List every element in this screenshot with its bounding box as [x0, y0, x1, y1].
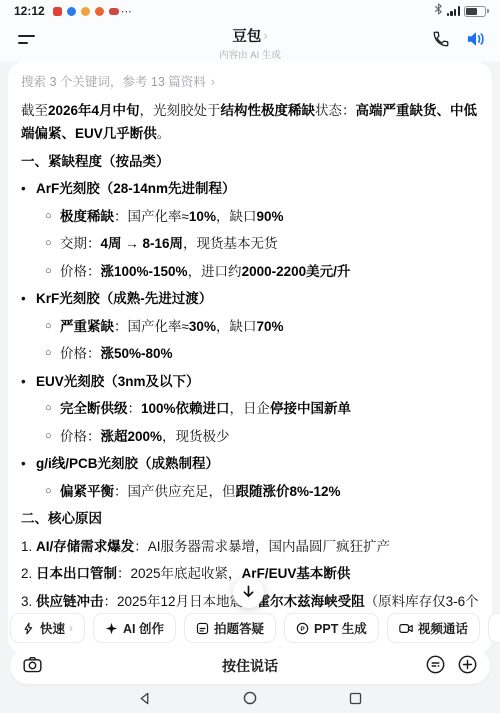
speaker-icon	[466, 30, 486, 51]
notification-red-square-icon	[53, 7, 62, 16]
message-line: ○完全断供级：100%依赖进口，日企停接中国新单	[45, 397, 479, 420]
back-button[interactable]	[138, 692, 151, 708]
message-text: 价格：涨超200%，现货极少	[60, 425, 479, 448]
recents-button[interactable]	[349, 692, 362, 708]
speaker-button[interactable]	[466, 30, 486, 51]
back-icon	[138, 692, 151, 708]
quick-action-chip[interactable]: 快速›	[10, 613, 85, 643]
message-text: 1. AI/存储需求爆发：AI服务器需求暴增，国内晶圆厂疯狂扩产	[21, 535, 479, 558]
recents-icon	[349, 692, 362, 708]
notification-orange-ring-icon	[95, 7, 104, 16]
voice-input-bar[interactable]: 按住说话	[10, 648, 490, 684]
message-line: ○严重紧缺：国产化率≈30%，缺口70%	[45, 315, 479, 338]
search-references-row[interactable]: 搜索 3 个关键词，参考 13 篇资料 ›	[21, 72, 479, 90]
sub-bullet-icon: ○	[45, 232, 60, 255]
message-text: KrF光刻胶（成熟-先进过渡）	[36, 287, 479, 310]
notification-blue-dot-icon	[67, 7, 76, 16]
battery-icon	[464, 6, 486, 17]
message-text: 交期：4周 → 8-16周，现货基本无货	[60, 232, 479, 255]
quick-actions-row: 快速›AI 创作拍题答疑PPPT 生成视频通话帮我写作照片动起来	[10, 613, 500, 644]
message-text: 严重紧缺：国产化率≈30%，缺口70%	[60, 315, 479, 338]
quick-action-chip[interactable]: PPPT 生成	[284, 613, 379, 643]
home-icon	[243, 691, 257, 708]
bullet-icon: •	[21, 177, 36, 200]
app-screen: 12:12 ⋯ 豆包 › 内容由 AI 生成	[0, 0, 500, 713]
arrow-down-icon	[241, 584, 256, 602]
more-notifications-icon: ⋯	[121, 5, 131, 18]
quick-action-label: 视频通话	[418, 619, 468, 637]
quick-action-chip[interactable]: 帮我写作	[488, 613, 500, 643]
home-button[interactable]	[243, 691, 257, 708]
sub-bullet-icon: ○	[45, 425, 60, 448]
assistant-message-bubble: 搜索 3 个关键词，参考 13 篇资料 › 截至2026年4月中旬，光刻胶处于结…	[8, 62, 492, 654]
message-line: •ArF光刻胶（28-14nm先进制程）	[21, 177, 479, 200]
camera-icon	[23, 656, 42, 676]
message-line: •KrF光刻胶（成熟-先进过渡）	[21, 287, 479, 310]
quick-action-chip[interactable]: 拍题答疑	[184, 613, 276, 643]
message-body: 截至2026年4月中旬，光刻胶处于结构性极度稀缺状态：高端严重缺货、中低端偏紧、…	[21, 99, 479, 636]
message-text: 二、核心原因	[21, 507, 479, 530]
voice-keyboard-icon	[426, 655, 445, 677]
clock: 12:12	[14, 4, 45, 18]
notification-icons	[53, 7, 119, 16]
search-summary: 搜索 3 个关键词，参考 13 篇资料	[21, 72, 206, 90]
message-text: 价格：涨100%-150%，进口约2000-2200美元/升	[60, 260, 479, 283]
message-line: 一、紧缺程度（按品类）	[21, 150, 479, 173]
message-line: •g/i线/PCB光刻胶（成熟制程）	[21, 452, 479, 475]
signal-icon	[447, 6, 460, 16]
message-text: 一、紧缺程度（按品类）	[21, 150, 479, 173]
camera-button[interactable]	[23, 656, 42, 676]
phone-icon	[432, 30, 450, 51]
message-line: ○价格：涨100%-150%，进口约2000-2200美元/升	[45, 260, 479, 283]
message-text: 完全断供级：100%依赖进口，日企停接中国新单	[60, 397, 479, 420]
sub-bullet-icon: ○	[45, 342, 60, 365]
status-indicators	[434, 2, 486, 20]
quick-action-chip[interactable]: 视频通话	[387, 613, 480, 643]
notification-amber-icon	[81, 7, 90, 16]
page-title: 豆包	[232, 25, 261, 46]
bullet-icon: •	[21, 452, 36, 475]
ppt-icon: P	[296, 622, 309, 635]
sub-bullet-icon: ○	[45, 205, 60, 228]
message-text: EUV光刻胶（3nm及以下）	[36, 370, 479, 393]
message-text: 偏紧平衡：国产供应充足，但跟随涨价8%-12%	[60, 480, 479, 503]
message-text: 截至2026年4月中旬，光刻胶处于结构性极度稀缺状态：高端严重缺货、中低端偏紧、…	[21, 99, 479, 145]
voice-call-button[interactable]	[432, 30, 450, 51]
notification-red-badge-icon	[109, 8, 119, 15]
message-text: ArF光刻胶（28-14nm先进制程）	[36, 177, 479, 200]
scan-icon	[196, 622, 209, 635]
add-attachment-button[interactable]	[458, 655, 477, 677]
message-line: 截至2026年4月中旬，光刻胶处于结构性极度稀缺状态：高端严重缺货、中低端偏紧、…	[21, 99, 479, 145]
message-line: ○极度稀缺：国产化率≈10%，缺口90%	[45, 205, 479, 228]
chevron-right-icon: ›	[69, 621, 73, 635]
quick-action-label: 拍题答疑	[214, 619, 264, 637]
quick-action-chip[interactable]: AI 创作	[93, 613, 176, 643]
android-nav-bar	[0, 686, 500, 713]
conversation-title-block[interactable]: 豆包 › 内容由 AI 生成	[0, 25, 500, 61]
sub-bullet-icon: ○	[45, 397, 60, 420]
lightning-icon	[22, 622, 35, 635]
sub-bullet-icon: ○	[45, 315, 60, 338]
chevron-right-icon: ›	[263, 28, 267, 43]
svg-text:P: P	[300, 625, 305, 632]
message-line: 1. AI/存储需求爆发：AI服务器需求暴增，国内晶圆厂疯狂扩产	[21, 535, 479, 558]
quick-action-label: PPT 生成	[314, 619, 367, 637]
quick-action-label: AI 创作	[123, 619, 164, 637]
sparkle-icon	[105, 622, 118, 635]
ai-generated-disclaimer: 内容由 AI 生成	[0, 47, 500, 61]
sub-bullet-icon: ○	[45, 260, 60, 283]
message-line: ○偏紧平衡：国产供应充足，但跟随涨价8%-12%	[45, 480, 479, 503]
message-text: g/i线/PCB光刻胶（成熟制程）	[36, 452, 479, 475]
status-bar: 12:12 ⋯	[0, 0, 500, 22]
sub-bullet-icon: ○	[45, 480, 60, 503]
bullet-icon: •	[21, 370, 36, 393]
message-line: ○交期：4周 → 8-16周，现货基本无货	[45, 232, 479, 255]
message-line: 二、核心原因	[21, 507, 479, 530]
chevron-right-icon: ›	[211, 74, 215, 89]
plus-circle-icon	[458, 655, 477, 677]
message-line: ○价格：涨超200%，现货极少	[45, 425, 479, 448]
message-text: 价格：涨50%-80%	[60, 342, 479, 365]
message-text: 极度稀缺：国产化率≈10%，缺口90%	[60, 205, 479, 228]
message-line: •EUV光刻胶（3nm及以下）	[21, 370, 479, 393]
hold-to-talk-label: 按住说话	[10, 656, 490, 676]
scroll-to-bottom-button[interactable]	[233, 577, 264, 608]
keyboard-toggle-button[interactable]	[426, 655, 445, 677]
video-icon	[399, 622, 413, 635]
quick-action-label: 快速	[40, 619, 65, 637]
bullet-icon: •	[21, 287, 36, 310]
message-line: ○价格：涨50%-80%	[45, 342, 479, 365]
app-header: 豆包 › 内容由 AI 生成	[0, 22, 500, 62]
bluetooth-icon	[434, 2, 443, 20]
